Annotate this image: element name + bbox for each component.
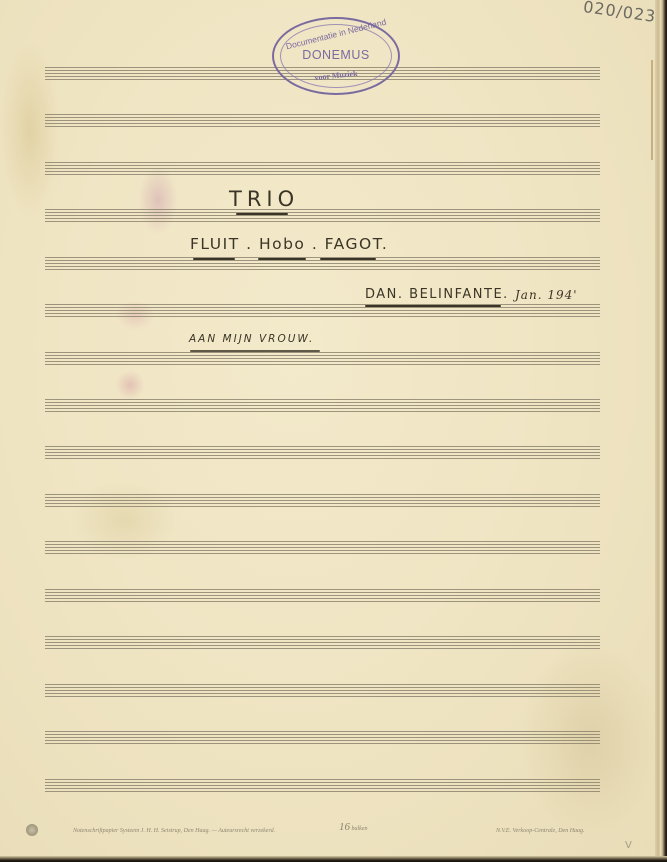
title-underline <box>236 213 288 215</box>
music-staff <box>45 541 600 555</box>
footer-staff-number: 16 <box>339 821 350 833</box>
music-staff <box>45 684 600 698</box>
page-edge-right <box>655 0 667 862</box>
footer-staff-label: balken <box>352 826 368 832</box>
music-staff <box>45 209 600 223</box>
dedication-underline <box>190 350 320 352</box>
stamp-middle-text: DONEMUS <box>274 48 398 62</box>
music-staff <box>45 779 600 793</box>
composer-name: DAN. BELINFANTE. <box>365 287 509 302</box>
music-staff <box>45 162 600 176</box>
page-fold <box>651 60 653 160</box>
instrument-underline <box>193 258 235 260</box>
footer-staff-count: 16 balken <box>339 821 368 833</box>
title: TRIO <box>229 187 299 211</box>
instrument-underline <box>320 258 376 260</box>
composer-underline <box>365 305 501 307</box>
page-edge-bottom <box>0 856 667 862</box>
dedication: AAN MIJN VROUW. <box>189 333 314 345</box>
instrument-underline <box>258 258 306 260</box>
corner-pencil-mark: V <box>625 840 632 851</box>
instruments-line: FLUIT . Hobo . FAGOT. <box>190 235 388 253</box>
catalog-number: 020/023 <box>582 0 657 26</box>
music-staff <box>45 731 600 745</box>
pink-stain <box>115 370 145 400</box>
music-staff <box>45 494 600 508</box>
music-staff <box>45 446 600 460</box>
music-staff <box>45 352 600 366</box>
publisher-seal-icon <box>26 824 38 836</box>
music-staff <box>45 399 600 413</box>
footer-right-text: N.V.E. Verkoop-Centrale, Den Haag. <box>496 828 585 834</box>
music-staff <box>45 636 600 650</box>
music-staff <box>45 304 600 318</box>
footer-left-text: Notenschriftpapier Systeem J. H. H. Seis… <box>73 828 275 834</box>
manuscript-page: Documentatie in Nederland DONEMUS voor M… <box>0 0 655 856</box>
donemus-stamp: Documentatie in Nederland DONEMUS voor M… <box>272 17 400 95</box>
music-staff <box>45 114 600 128</box>
music-staff <box>45 589 600 603</box>
composition-date: Jan. 194' <box>515 288 578 302</box>
